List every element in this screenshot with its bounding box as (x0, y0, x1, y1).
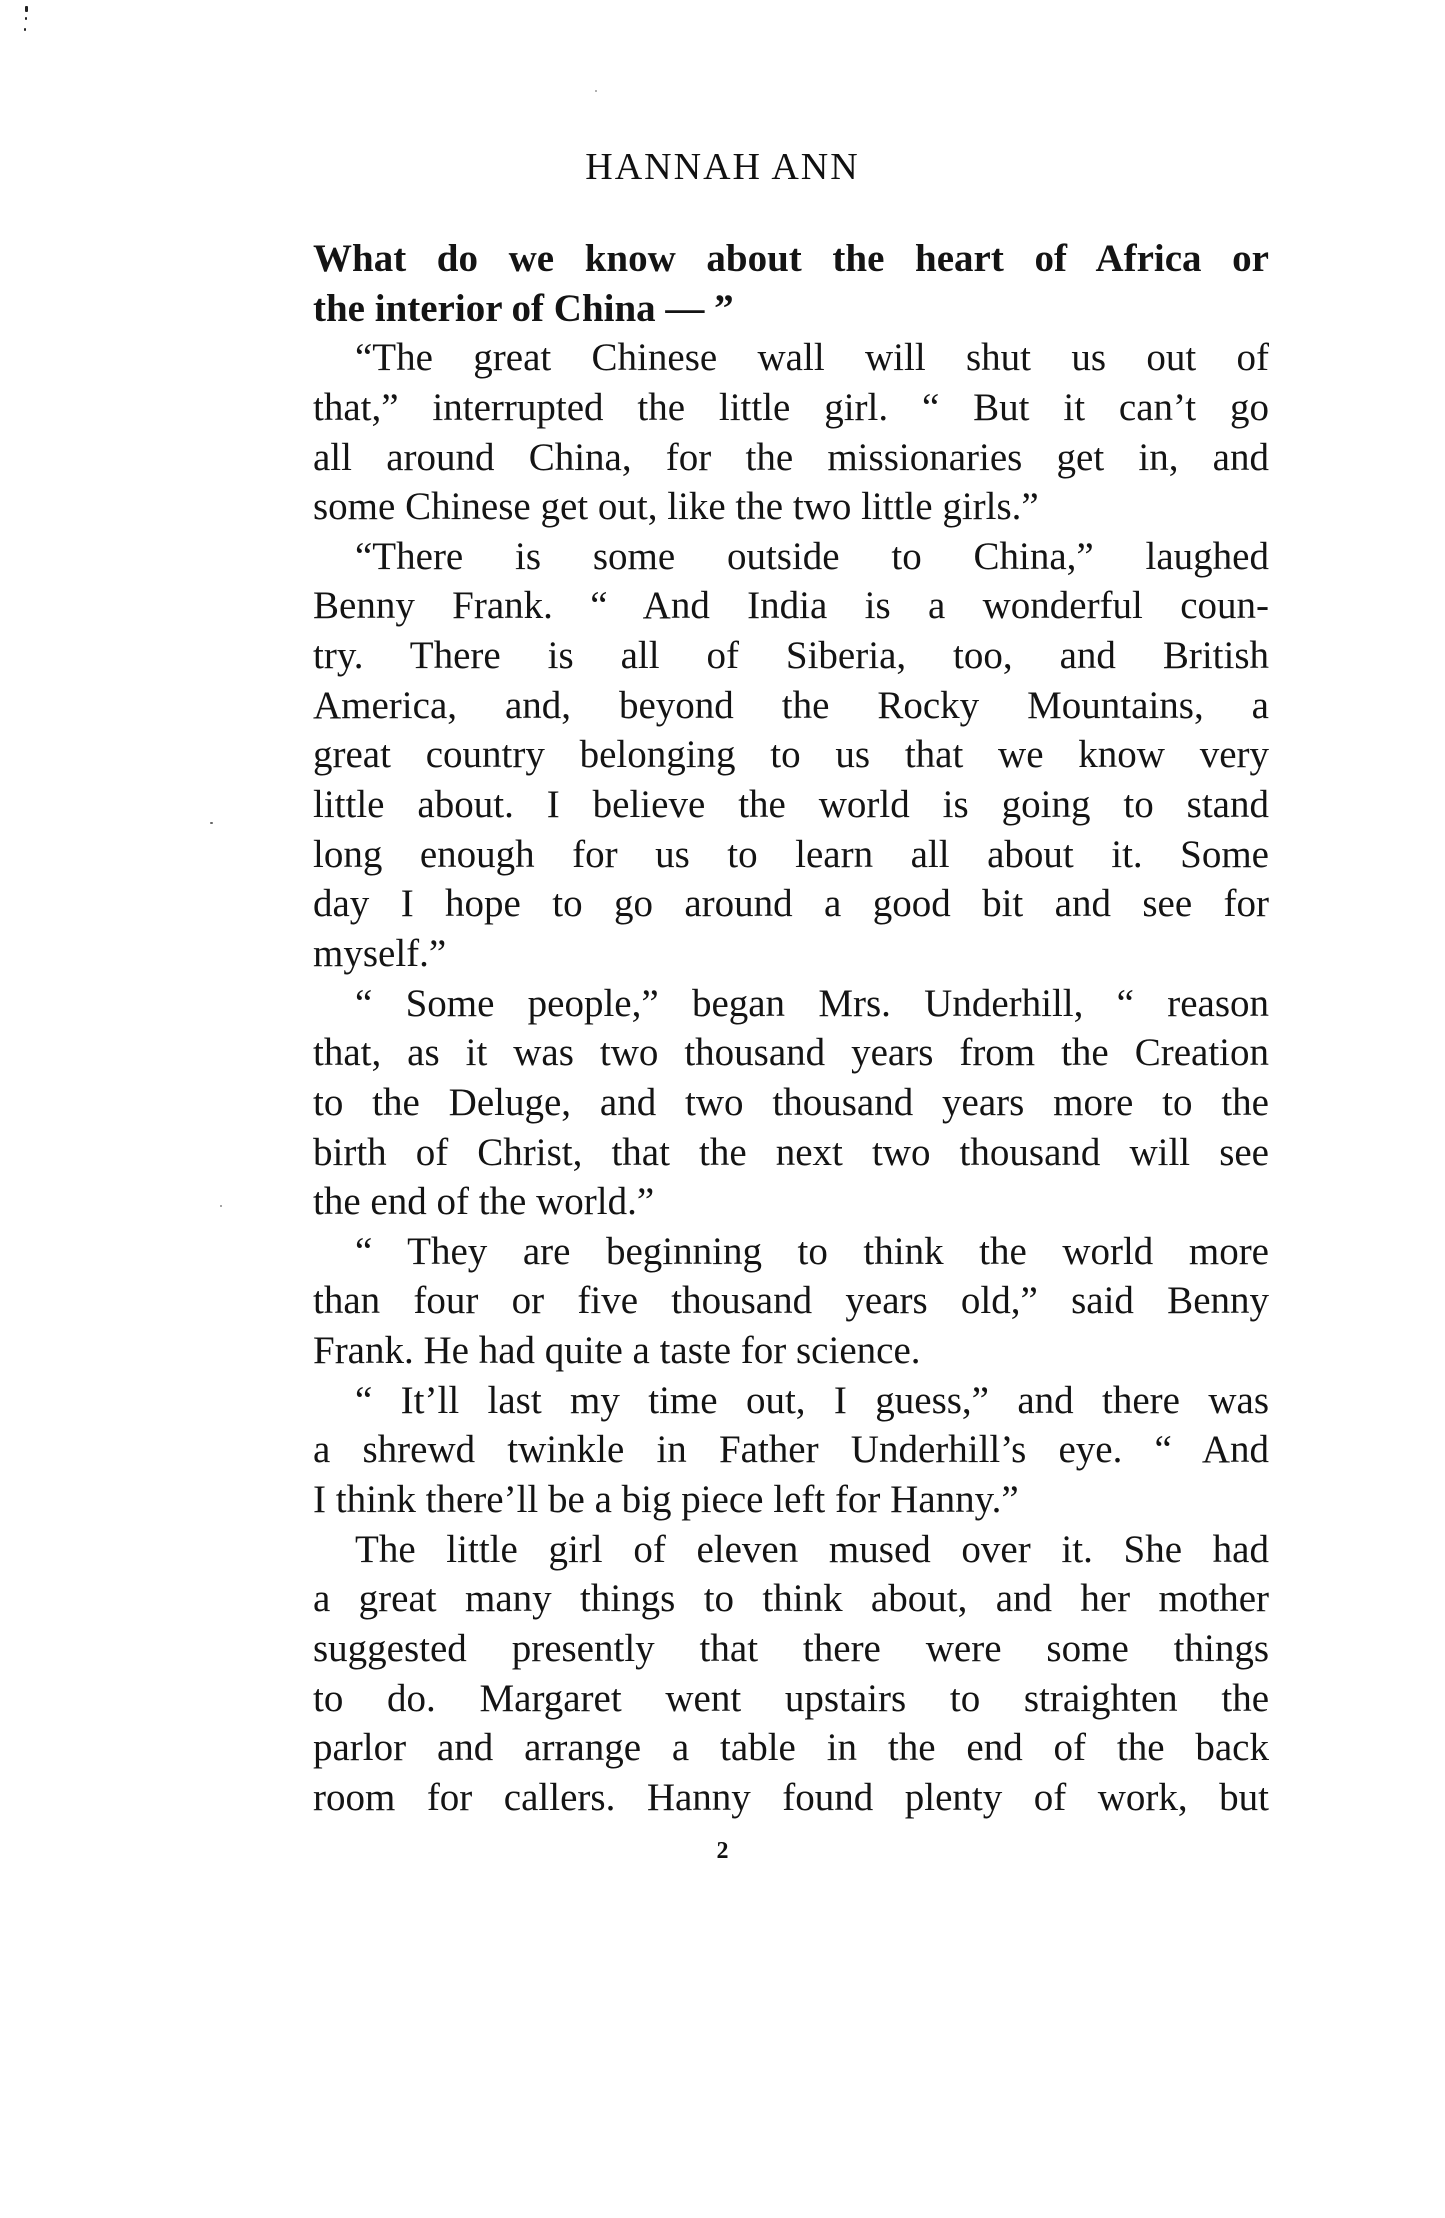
text-line: birth of Christ, that the next two thous… (313, 1128, 1269, 1178)
paragraph-first-line: “ It’ll last my time out, I guess,” and … (313, 1376, 1269, 1426)
book-page: HANNAH ANN What do we know about the hea… (0, 0, 1445, 2218)
running-head: HANNAH ANN (0, 143, 1445, 191)
text-line: some Chinese get out, like the two littl… (313, 482, 1269, 532)
text-line: suggested presently that there were some… (313, 1624, 1269, 1674)
paragraph-first-line: “There is some outside to China,” laughe… (313, 532, 1269, 582)
scan-speck (595, 90, 597, 92)
text-line: a shrewd twinkle in Father Underhill’s e… (313, 1425, 1269, 1475)
text-line: room for callers. Hanny found plenty of … (313, 1773, 1269, 1823)
text-line: great country belonging to us that we kn… (313, 730, 1269, 780)
text-line: try. There is all of Siberia, too, and B… (313, 631, 1269, 681)
scan-speck (210, 822, 213, 824)
scan-speck (220, 1205, 222, 1207)
paragraph-first-line: The little girl of eleven mused over it.… (313, 1525, 1269, 1575)
text-line: What do we know about the heart of Afric… (313, 234, 1269, 284)
paragraph-first-line: “ Some people,” began Mrs. Underhill, “ … (313, 979, 1269, 1029)
text-line: Frank. He had quite a taste for science. (313, 1326, 1269, 1376)
text-line: myself.” (313, 929, 1269, 979)
text-line: day I hope to go around a good bit and s… (313, 879, 1269, 929)
paragraph-first-line: “ They are beginning to think the world … (313, 1227, 1269, 1277)
text-line: to the Deluge, and two thousand years mo… (313, 1078, 1269, 1128)
text-line: the interior of China — ” (313, 284, 1269, 334)
body-text: What do we know about the heart of Afric… (313, 234, 1269, 1823)
text-line: that, as it was two thousand years from … (313, 1028, 1269, 1078)
text-line: all around China, for the missionaries g… (313, 433, 1269, 483)
text-line: a great many things to think about, and … (313, 1574, 1269, 1624)
text-line: little about. I believe the world is goi… (313, 780, 1269, 830)
text-line: I think there’ll be a big piece left for… (313, 1475, 1269, 1525)
text-line: to do. Margaret went upstairs to straigh… (313, 1674, 1269, 1724)
page-number: 2 (0, 1836, 1445, 1866)
scan-speck (25, 6, 28, 12)
scan-speck (25, 17, 27, 20)
paragraph-first-line: “The great Chinese wall will shut us out… (313, 333, 1269, 383)
text-line: than four or five thousand years old,” s… (313, 1276, 1269, 1326)
scan-speck (24, 28, 26, 31)
text-line: the end of the world.” (313, 1177, 1269, 1227)
text-line: that,” interrupted the little girl. “ Bu… (313, 383, 1269, 433)
text-line: Benny Frank. “ And India is a wonderful … (313, 581, 1269, 631)
text-line: America, and, beyond the Rocky Mountains… (313, 681, 1269, 731)
text-line: parlor and arrange a table in the end of… (313, 1723, 1269, 1773)
text-line: long enough for us to learn all about it… (313, 830, 1269, 880)
